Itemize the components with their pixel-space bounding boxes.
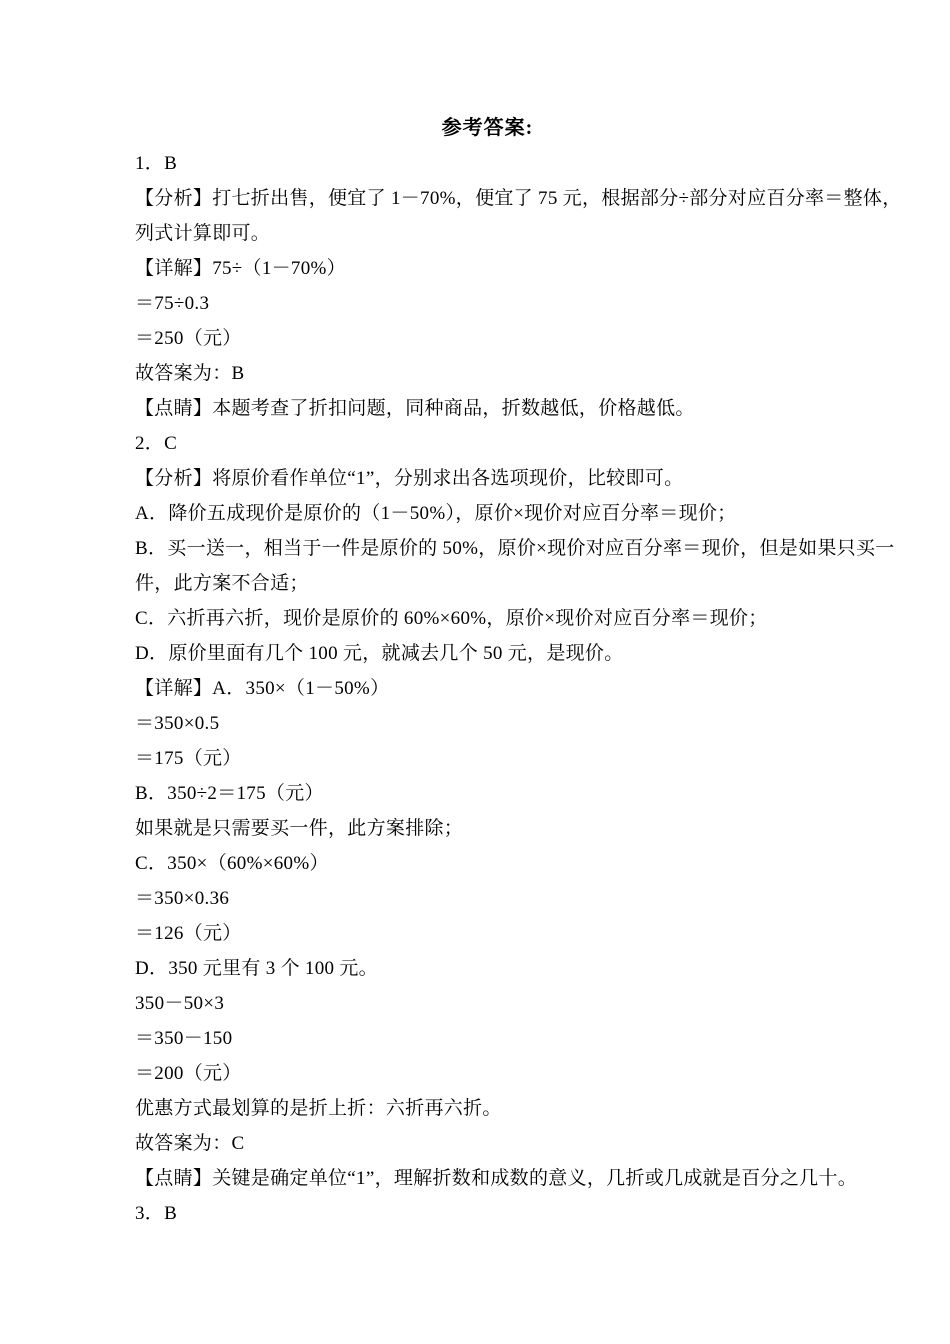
text-line: B．350÷2＝175（元） [135,776,840,811]
text-line: ＝175（元） [135,741,840,776]
page-title: 参考答案: [135,110,840,146]
text-line: ＝350－150 [135,1021,840,1056]
text-line: D．350 元里有 3 个 100 元。 [135,951,840,986]
text-line: D．原价里面有几个 100 元，就减去几个 50 元，是现价。 [135,636,840,671]
text-line: ＝350×0.5 [135,706,840,741]
text-line: 故答案为：B [135,356,840,391]
text-line: 列式计算即可。 [135,216,840,251]
text-line: ＝250（元） [135,321,840,356]
text-line: A．降价五成现价是原价的（1－50%），原价×现价对应百分率＝现价； [135,496,840,531]
text-line: 【详解】A．350×（1－50%） [135,671,840,706]
text-line: B．买一送一，相当于一件是原价的 50%，原价×现价对应百分率＝现价，但是如果只… [135,531,840,566]
text-line: ＝200（元） [135,1056,840,1091]
text-line: 【点睛】本题考查了折扣问题，同种商品，折数越低，价格越低。 [135,391,840,426]
text-line: 3．B [135,1196,840,1231]
answer-lines: 1．B【分析】打七折出售，便宜了 1－70%，便宜了 75 元，根据部分÷部分对… [135,146,840,1231]
text-line: 【分析】将原价看作单位“1”，分别求出各选项现价，比较即可。 [135,461,840,496]
text-line: 如果就是只需要买一件，此方案排除； [135,811,840,846]
text-line: 【详解】75÷（1－70%） [135,251,840,286]
text-line: 350－50×3 [135,986,840,1021]
text-line: 1．B [135,146,840,181]
document-page: 参考答案: 1．B【分析】打七折出售，便宜了 1－70%，便宜了 75 元，根据… [0,0,950,1344]
text-line: 2．C [135,426,840,461]
text-line: 【点睛】关键是确定单位“1”，理解折数和成数的意义，几折或几成就是百分之几十。 [135,1161,840,1196]
text-line: ＝75÷0.3 [135,286,840,321]
text-line: 【分析】打七折出售，便宜了 1－70%，便宜了 75 元，根据部分÷部分对应百分… [135,181,840,216]
text-line: ＝350×0.36 [135,881,840,916]
text-line: C．六折再六折，现价是原价的 60%×60%，原价×现价对应百分率＝现价； [135,601,840,636]
text-line: 优惠方式最划算的是折上折：六折再六折。 [135,1091,840,1126]
text-line: ＝126（元） [135,916,840,951]
text-line: 件，此方案不合适； [135,566,840,601]
text-line: 故答案为：C [135,1126,840,1161]
text-line: C．350×（60%×60%） [135,846,840,881]
